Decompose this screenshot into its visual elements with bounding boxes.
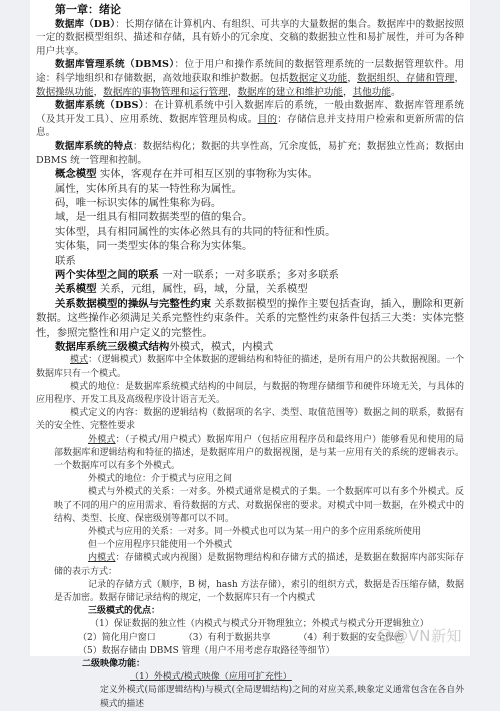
schema-section: 模式：（逻辑模式）数据库中全体数据的逻辑结构和特征的描述，是所有用户的公共数据视… xyxy=(36,354,464,656)
entity-relations-text: 一对一联系；一对多联系；多对多联系 xyxy=(159,269,339,281)
schema-paragraph: 模式：（逻辑模式）数据库中全体数据的逻辑结构和特征的描述，是所有用户的公共数据视… xyxy=(36,354,464,380)
term-internal-schema: 内模式 xyxy=(88,553,116,563)
relational-model-text: 关系，元组，属性，码，域，分量，关系模型 xyxy=(97,283,308,295)
concept-attribute: 属性，实体所具有的某一特性称为属性。 xyxy=(36,182,464,196)
term-dbms: 数据库管理系统（DBMS） xyxy=(55,59,175,70)
dbms-function-1: 数据定义功能 xyxy=(289,73,347,84)
separator: ， xyxy=(94,87,104,98)
dbms-function-4: 数据库的事物管理和运行管理 xyxy=(103,87,228,98)
concept-entity-set: 实体集，同一类型实体的集合称为实体集。 xyxy=(36,239,464,253)
concept-model-line: 概念模型 实体，客观存在并可相互区别的事物称为实体。 xyxy=(36,167,464,181)
three-level-text: 外模式，模式，内模式 xyxy=(169,341,273,353)
term-dbs-features: 数据库系统的特点 xyxy=(55,141,133,152)
integrity-paragraph: 关系数据模型的操纵与完整性约束 关系数据模型的操作主要包括查询，插入，删除和更新… xyxy=(36,297,464,340)
advantages-title: 三级模式的优点： xyxy=(36,605,464,618)
advantage-3: （3）有利于数据共享 xyxy=(184,633,271,643)
concept-key: 码，唯一标识实体的属性集称为码。 xyxy=(36,196,464,210)
advantage-2: （2）简化用户窗口 xyxy=(78,633,156,643)
entity-relations-line: 两个实体型之间的联系 一对一联系；一对多联系；多对多联系 xyxy=(36,268,464,282)
period: 。 xyxy=(391,87,401,98)
advantage-5: （5）数据存储由 DBMS 管理（用户不用考虑存取路径等细节） xyxy=(36,645,464,656)
paragraph-dbs: 数据库系统（DBS）：在计算机系统中引入数据库后的系统，一般由数据库、数据库管理… xyxy=(36,99,464,140)
term-external-schema: 外模式 xyxy=(88,435,116,445)
dbms-function-6: 其他功能 xyxy=(353,87,391,98)
schema-position: 模式的地位：是数据库系统模式结构的中间层，与数据的物理存储细节和硬件环境无关，与… xyxy=(36,381,464,407)
separator: ， xyxy=(454,73,464,84)
term-dbs: 数据库系统（DBS） xyxy=(55,100,144,111)
internal-schema-text: ：存储模式或内视图）是数据物理结构和存储方式的描述，是数据在数据库内部实际存储的… xyxy=(54,553,464,576)
term-db: 数据库（DB） xyxy=(55,19,115,30)
separator: ， xyxy=(343,87,353,98)
relational-model-line: 关系模型 关系，元组，属性，码，域，分量，关系模型 xyxy=(36,282,464,296)
schema-text: ：（逻辑模式）数据库中全体数据的逻辑结构和特征的描述，是所有用户的公共数据视图。… xyxy=(36,355,464,378)
term-integrity: 关系数据模型的操纵与完整性约束 xyxy=(55,298,211,310)
external-schema-position: 外模式的地位：介于模式与应用之间 xyxy=(36,473,464,486)
concept-entity-type: 实体型，具有相同属性的实体必然具有的共同的特征和性质。 xyxy=(36,225,464,239)
concept-relationship: 联系 xyxy=(36,254,464,268)
schema-external-relation: 模式与外模式的关系：一对多。外模式通常是模式的子集。一个数据库可以有多个外模式。… xyxy=(36,486,464,526)
chapter-title: 第一章：绪论 xyxy=(36,3,464,17)
watermark: ☺@VN新知 xyxy=(377,630,462,644)
dbms-function-5: 数据库的建立和维护功能 xyxy=(237,87,343,98)
dbms-function-2: 数据组织、存储和管理 xyxy=(357,73,454,84)
paragraph-dbs-features: 数据库系统的特点：数据结构化；数据的共享性高，冗余度低，易扩充；数据独立性高；数… xyxy=(36,140,464,167)
term-three-level: 数据库系统三级模式结构 xyxy=(55,341,169,353)
document-page: 第一章：绪论 数据库（DB）：长期存储在计算机内、有组织、可共享的大量数据的集合… xyxy=(30,0,470,656)
term-concept-model: 概念模型 xyxy=(55,168,97,180)
concept-domain: 域，是一组具有相同数据类型的值的集合。 xyxy=(36,210,464,224)
single-app-note: 但一个应用程序只能使用一个外模式 xyxy=(36,539,464,552)
three-level-line: 数据库系统三级模式结构外模式，模式，内模式 xyxy=(36,340,464,354)
external-app-relation: 外模式与应用的关系：一对多。同一外模式也可以为某一用户的多个应用系统所使用 xyxy=(36,526,464,539)
paragraph-dbms: 数据库管理系统（DBMS）：位于用户和操作系统间的数据管理系统的一层数据管理软件… xyxy=(36,58,464,99)
external-schema-text: ：（子模式/用户模式）数据库用户（包括应用程序员和最终用户）能够看见和使用的局部… xyxy=(54,435,464,471)
schema-definition: 模式定义的内容：数据的逻辑结构（数据项的名字、类型、取值范围等）数据之间的联系，… xyxy=(36,407,464,433)
external-schema-paragraph: 外模式：（子模式/用户模式）数据库用户（包括应用程序员和最终用户）能够看见和使用… xyxy=(36,434,464,474)
concept-model-section: 概念模型 实体，客观存在并可相互区别的事物称为实体。 属性，实体所具有的某一特性… xyxy=(36,167,464,354)
dbms-function-3: 数据操纵功能 xyxy=(36,87,94,98)
term-relational-model: 关系模型 xyxy=(55,283,97,295)
paragraph-db: 数据库（DB）：长期存储在计算机内、有组织、可共享的大量数据的集合。数据库中的数… xyxy=(36,18,464,59)
concept-entity: 实体，客观存在并可相互区别的事物称为实体。 xyxy=(100,168,318,180)
term-entity-relations: 两个实体型之间的联系 xyxy=(55,269,159,281)
term-schema: 模式 xyxy=(70,355,88,365)
internal-schema-paragraph: 内模式：存储模式或内视图）是数据物理结构和存储方式的描述，是数据在数据库内部实际… xyxy=(36,552,464,578)
internal-schema-details: 记录的存储方式（顺序，B 树，hash 方法存储），索引的组织方式，数据是否压缩… xyxy=(36,579,464,605)
separator: ， xyxy=(347,73,357,84)
dbs-purpose-label: 目的 xyxy=(258,114,278,125)
